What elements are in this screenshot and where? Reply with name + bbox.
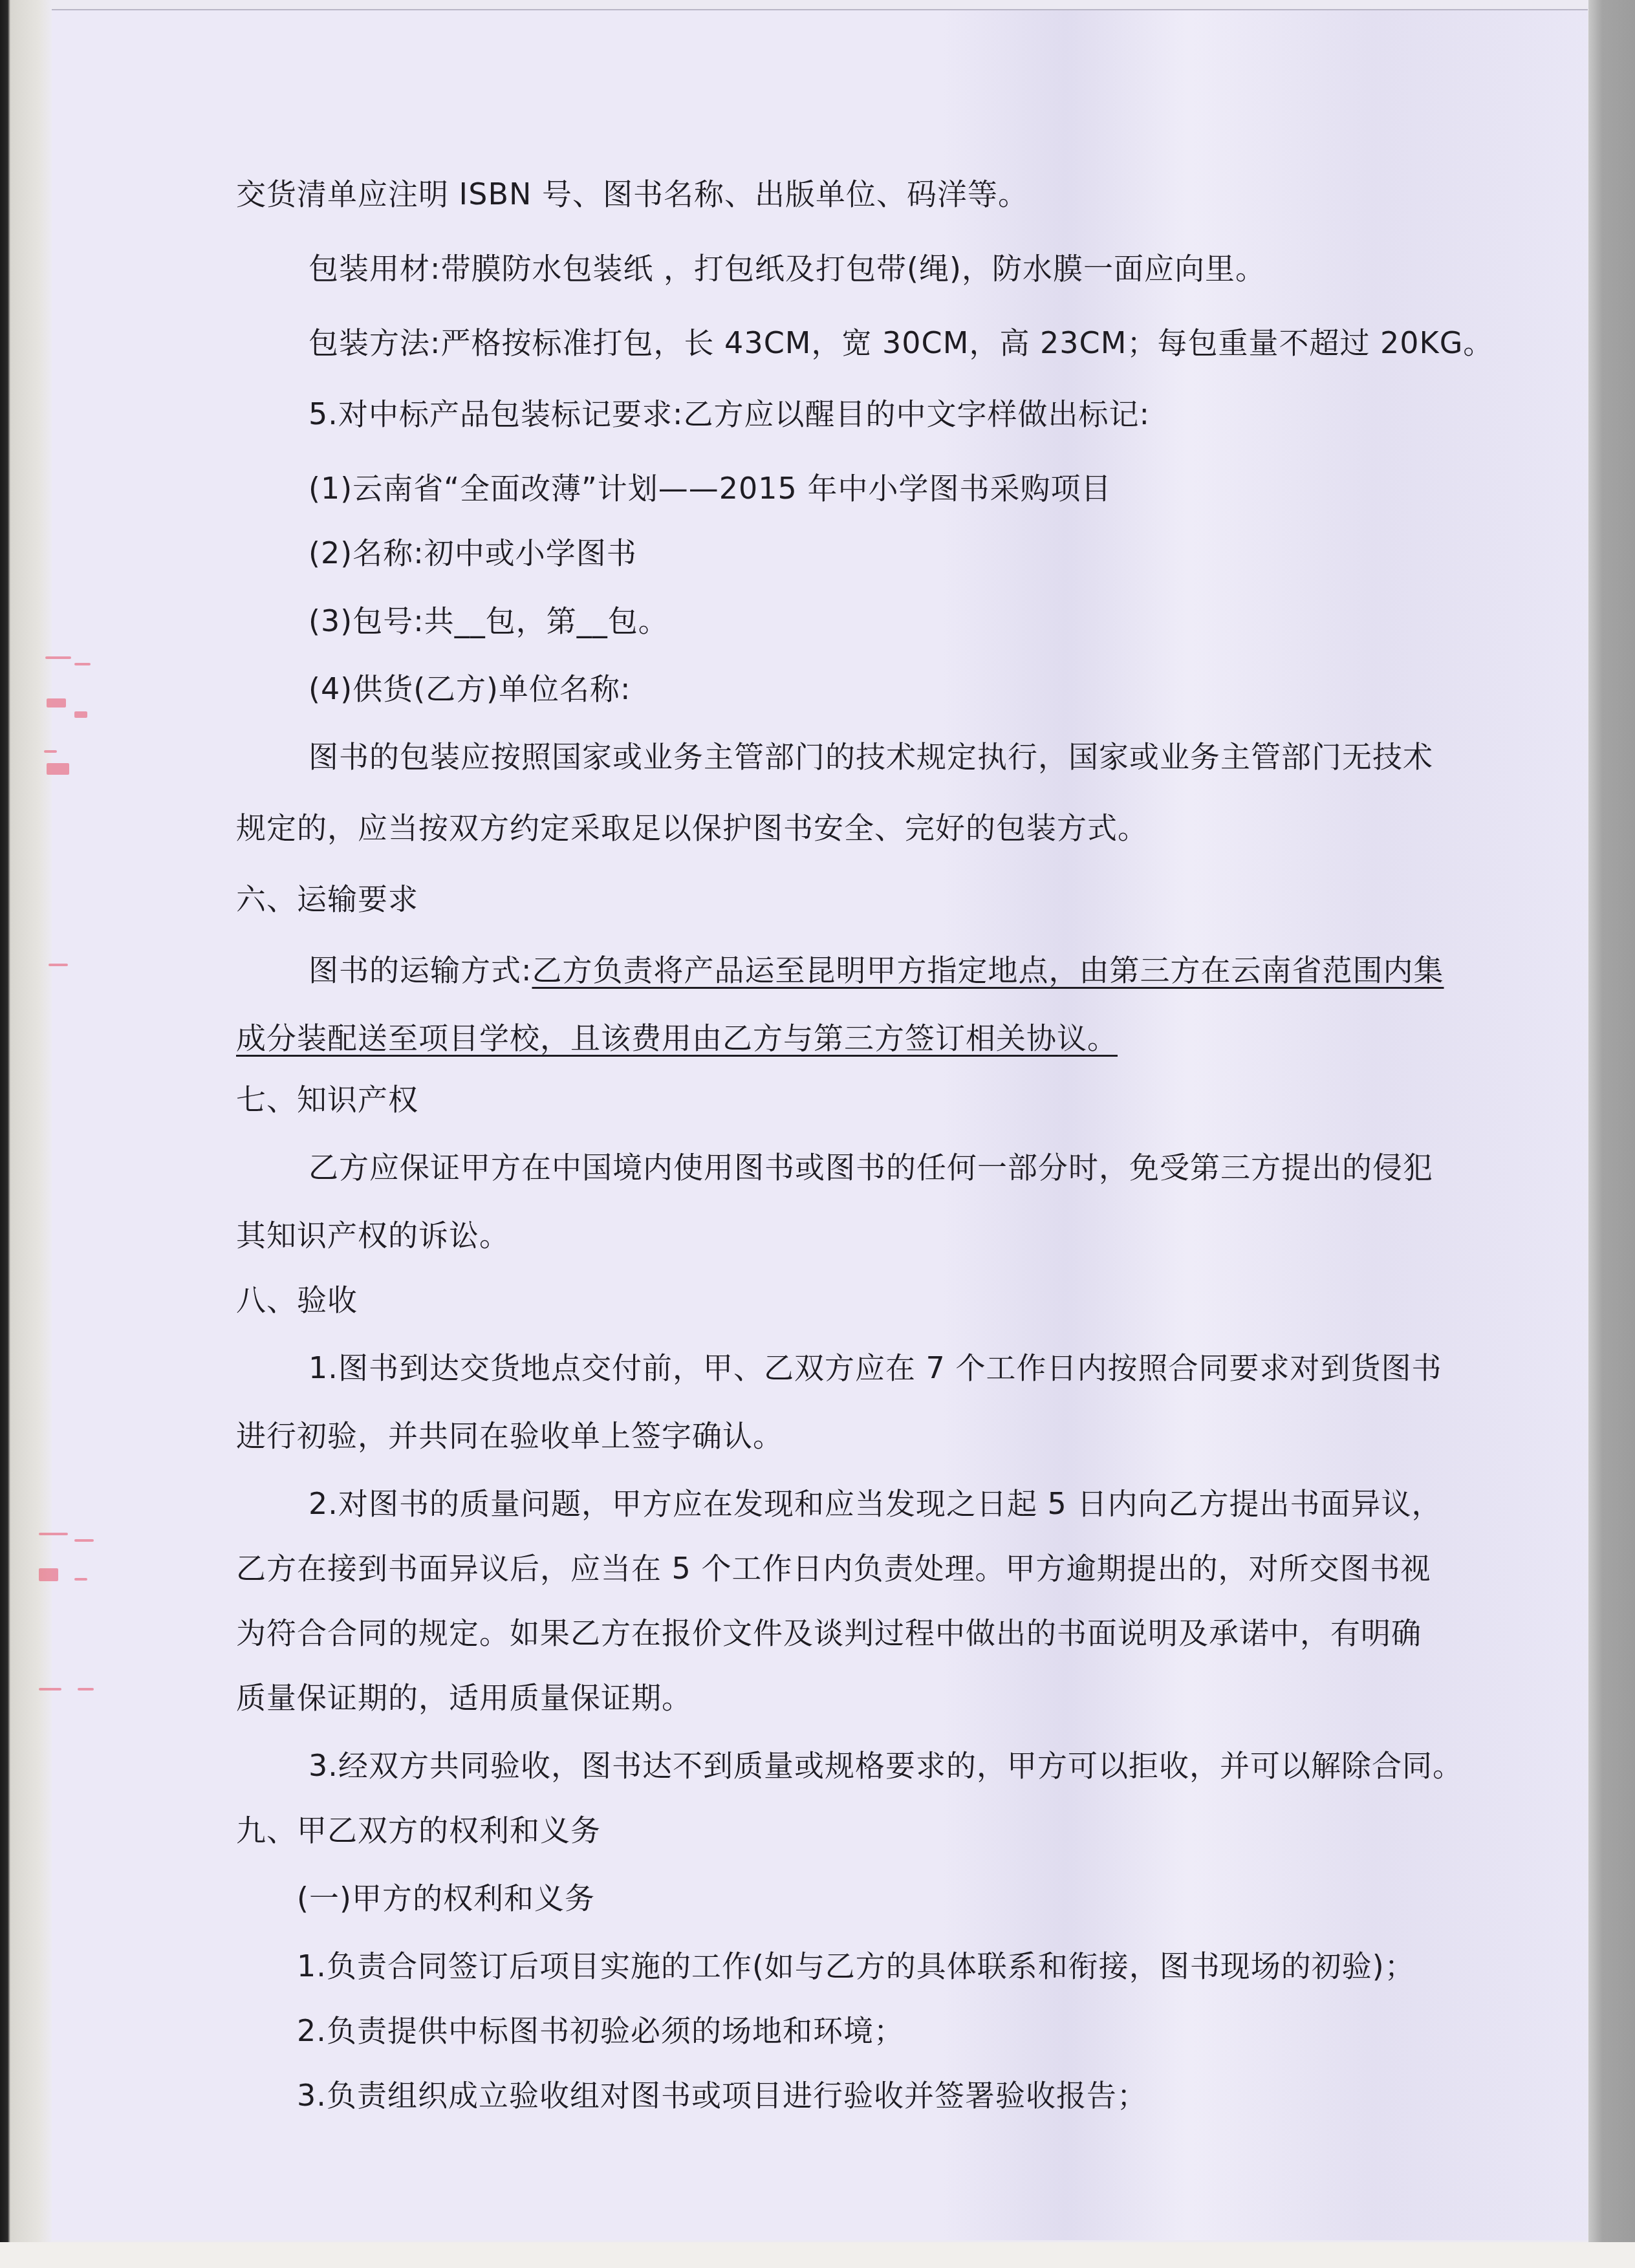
marking-item-2: (2)名称:初中或小学图书: [309, 534, 637, 572]
section-heading-ip: 七、知识产权: [236, 1080, 418, 1119]
paragraph-marking-requirement: 5.对中标产品包装标记要求:乙方应以醒目的中文字样做出标记:: [309, 394, 1150, 433]
section-heading-acceptance: 八、验收: [236, 1280, 358, 1319]
party-a-item-1: 1.负责合同签订后项目实施的工作(如与乙方的具体联系和衔接，图书现场的初验)；: [297, 1947, 1415, 1985]
paragraph-delivery-list: 交货清单应注明 ISBN 号、图书名称、出版单位、码洋等。: [236, 175, 1028, 213]
party-a-item-2: 2.负责提供中标图书初验必须的场地和环境；: [297, 2011, 904, 2050]
paragraph-packing-standard-line-2: 规定的，应当按双方约定采取足以保护图书安全、完好的包装方式。: [236, 808, 1148, 847]
transport-paragraph-line-1: 图书的运输方式:乙方负责将产品运至昆明甲方指定地点，由第三方在云南省范围内集: [309, 951, 1444, 989]
paragraph-packing-standard-line-1: 图书的包装应按照国家或业务主管部门的技术规定执行，国家或业务主管部门无技术: [309, 737, 1433, 776]
acceptance-item-2-line-2: 乙方在接到书面异议后，应当在 5 个工作日内负责处理。甲方逾期提出的，对所交图书…: [236, 1549, 1431, 1588]
subheading-party-a: (一)甲方的权利和义务: [297, 1879, 595, 1917]
acceptance-item-2-line-4: 质量保证期的，适用质量保证期。: [236, 1678, 692, 1717]
acceptance-item-3: 3.经双方共同验收，图书达不到质量或规格要求的，甲方可以拒收，并可以解除合同。: [309, 1746, 1463, 1785]
acceptance-item-1-line-2: 进行初验，并共同在验收单上签字确认。: [236, 1416, 783, 1455]
marking-item-1: (1)云南省“全面改薄”计划——2015 年中小学图书采购项目: [309, 469, 1112, 508]
transport-prefix: 图书的运输方式:: [309, 953, 532, 988]
marking-item-3: (3)包号:共__包，第__包。: [309, 601, 669, 640]
acceptance-item-1-line-1: 1.图书到达交货地点交付前，甲、乙双方应在 7 个工作日内按照合同要求对到货图书: [309, 1348, 1442, 1387]
marking-item-4: (4)供货(乙方)单位名称:: [309, 669, 631, 708]
section-heading-rights: 九、甲乙双方的权利和义务: [236, 1811, 601, 1850]
scanner-edge-bottom: [0, 2242, 1635, 2268]
paragraph-packing-method: 包装方法:严格按标准打包，长 43CM，宽 30CM，高 23CM；每包重量不超…: [309, 323, 1493, 362]
acceptance-item-2-line-1: 2.对图书的质量问题，甲方应在发现和应当发现之日起 5 日内向乙方提出书面异议，: [309, 1484, 1442, 1523]
acceptance-item-2-line-3: 为符合合同的规定。如果乙方在报价文件及谈判过程中做出的书面说明及承诺中，有明确: [236, 1614, 1422, 1652]
scanner-edge-right: [1588, 0, 1635, 2268]
scanned-page: 交货清单应注明 ISBN 号、图书名称、出版单位、码洋等。 包装用材:带膜防水包…: [0, 0, 1635, 2268]
transport-paragraph-line-2: 成分装配送至项目学校，且该费用由乙方与第三方签订相关协议。: [236, 1019, 1118, 1057]
ip-paragraph-line-1: 乙方应保证甲方在中国境内使用图书或图书的任何一部分时，免受第三方提出的侵犯: [309, 1148, 1433, 1187]
seal-stamp-edge-marks: [39, 647, 116, 1746]
transport-underlined-1: 乙方负责将产品运至昆明甲方指定地点，由第三方在云南省范围内集: [532, 953, 1444, 988]
ip-paragraph-line-2: 其知识产权的诉讼。: [236, 1216, 510, 1255]
transport-underlined-2: 成分装配送至项目学校，且该费用由乙方与第三方签订相关协议。: [236, 1021, 1118, 1055]
paragraph-packing-material: 包装用材:带膜防水包装纸 ，打包纸及打包带(绳)，防水膜一面应向里。: [309, 249, 1266, 288]
party-a-item-3: 3.负责组织成立验收组对图书或项目进行验收并签署验收报告；: [297, 2076, 1147, 2115]
section-heading-transport: 六、运输要求: [236, 880, 418, 918]
